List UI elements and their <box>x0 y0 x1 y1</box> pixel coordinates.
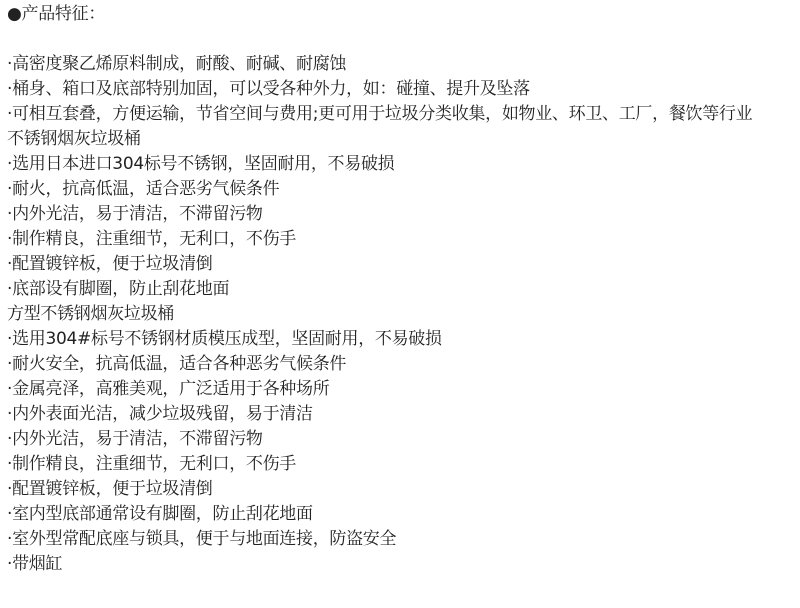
section-title: 不锈钢烟灰垃圾桶 <box>7 127 800 152</box>
general-features-list: ·高密度聚乙烯原料制成，耐酸、耐碱、耐腐蚀 ·桶身、箱口及底部特别加固，可以受各… <box>7 52 800 127</box>
list-item: ·耐火，抗高低温，适合恶劣气候条件 <box>7 177 800 202</box>
list-item: ·高密度聚乙烯原料制成，耐酸、耐碱、耐腐蚀 <box>7 52 800 77</box>
list-item: ·室内型底部通常设有脚圈，防止刮花地面 <box>7 502 800 527</box>
square-stainless-ashtray-bin-section: 方型不锈钢烟灰垃圾桶 ·选用304#标号不锈钢材质模压成型，坚固耐用，不易破损 … <box>7 302 800 577</box>
product-features-document: ●产品特征： ·高密度聚乙烯原料制成，耐酸、耐碱、耐腐蚀 ·桶身、箱口及底部特别… <box>0 0 800 577</box>
list-item: ·内外光洁，易于清洁，不滞留污物 <box>7 427 800 452</box>
blank-line <box>7 27 800 52</box>
list-item: ·内外光洁，易于清洁，不滞留污物 <box>7 202 800 227</box>
list-item: ·耐火安全，抗高低温，适合各种恶劣气候条件 <box>7 352 800 377</box>
list-item: ·制作精良，注重细节，无利口，不伤手 <box>7 452 800 477</box>
list-item: ·选用304#标号不锈钢材质模压成型，坚固耐用，不易破损 <box>7 327 800 352</box>
list-item: ·制作精良，注重细节，无利口，不伤手 <box>7 227 800 252</box>
list-item: ·金属亮泽，高雅美观，广泛适用于各种场所 <box>7 377 800 402</box>
features-heading: ●产品特征： <box>7 2 800 27</box>
list-item: ·桶身、箱口及底部特别加固，可以受各种外力，如：碰撞、提升及坠落 <box>7 77 800 102</box>
list-item: ·带烟缸 <box>7 552 800 577</box>
list-item: ·底部设有脚圈，防止刮花地面 <box>7 277 800 302</box>
stainless-ashtray-bin-section: 不锈钢烟灰垃圾桶 ·选用日本进口304标号不锈钢，坚固耐用，不易破损 ·耐火，抗… <box>7 127 800 302</box>
list-item: ·选用日本进口304标号不锈钢，坚固耐用，不易破损 <box>7 152 800 177</box>
list-item: ·可相互套叠，方便运输，节省空间与费用;更可用于垃圾分类收集，如物业、环卫、工厂… <box>7 102 800 127</box>
list-item: ·配置镀锌板，便于垃圾清倒 <box>7 477 800 502</box>
list-item: ·室外型常配底座与锁具，便于与地面连接，防盗安全 <box>7 527 800 552</box>
list-item: ·内外表面光洁，减少垃圾残留，易于清洁 <box>7 402 800 427</box>
section-title: 方型不锈钢烟灰垃圾桶 <box>7 302 800 327</box>
list-item: ·配置镀锌板，便于垃圾清倒 <box>7 252 800 277</box>
